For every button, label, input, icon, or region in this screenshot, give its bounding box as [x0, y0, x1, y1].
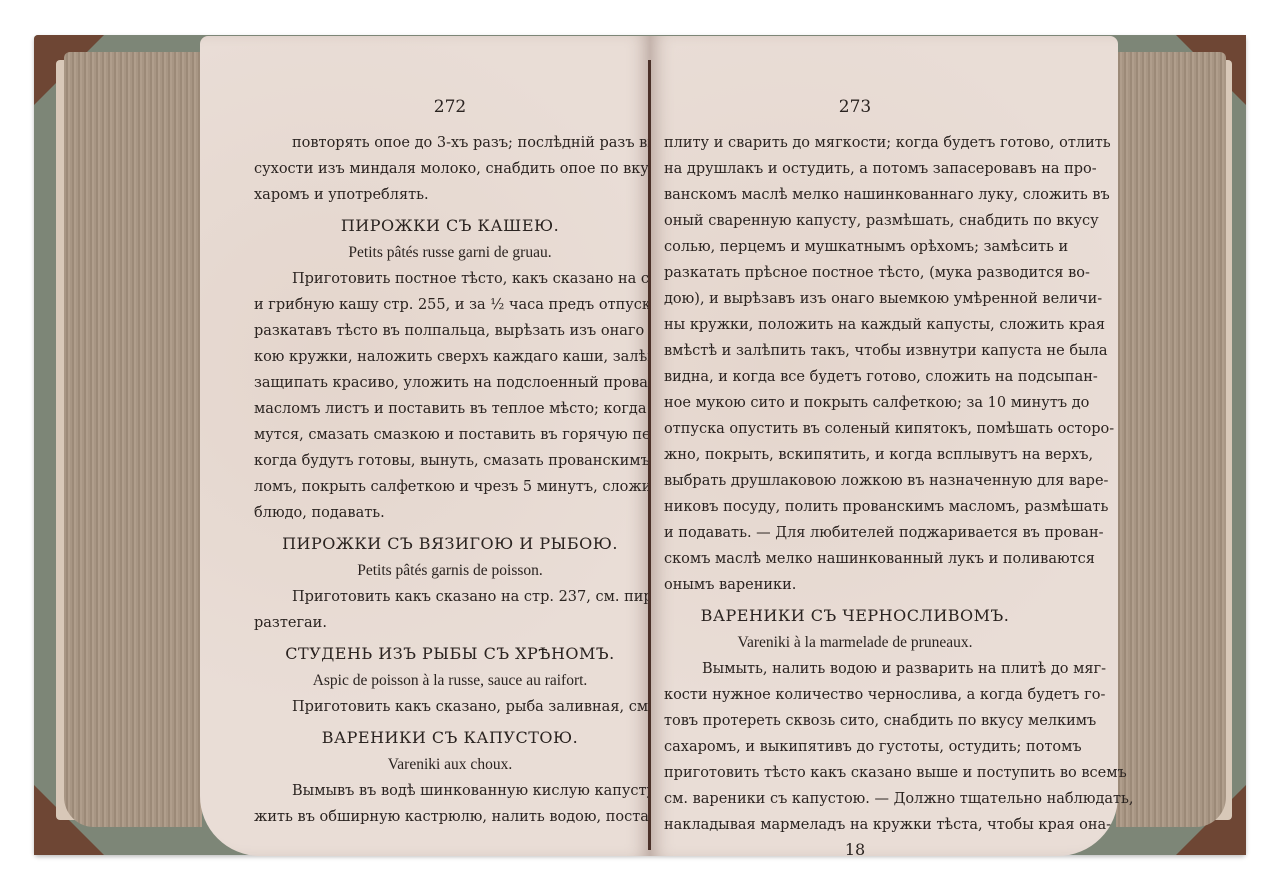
- text-line: мутся, смазать смазкою и поставить въ го…: [254, 422, 646, 448]
- recipe-heading: ПИРОЖКИ СЪ КАШЕЮ.: [254, 212, 646, 240]
- text-line: жно, покрыть, вскипятить, и когда всплыв…: [664, 442, 1046, 468]
- paragraph: плиту и сварить до мягкости; когда будет…: [664, 130, 1046, 598]
- text-line: харомъ и употреблять.: [254, 182, 646, 208]
- text-line: Приготовить постное тѣсто, какъ сказано …: [254, 266, 646, 292]
- text-line: кою кружки, наложить сверхъ каждаго каши…: [254, 344, 646, 370]
- text-line: ванскомъ маслѣ мелко нашинкованнаго луку…: [664, 182, 1046, 208]
- text-line: на друшлакъ и остудить, а потомъ запасер…: [664, 156, 1046, 182]
- paragraph: Приготовить постное тѣсто, какъ сказано …: [254, 266, 646, 526]
- text-line: вмѣстѣ и залѣпить такъ, чтобы извнутри к…: [664, 338, 1046, 364]
- page-block-left: [64, 52, 202, 827]
- recipe-heading: СТУДЕНЬ ИЗЪ РЫБЫ СЪ ХРѢНОМЪ.: [254, 640, 646, 668]
- right-page-text: 273 плиту и сварить до мягкости; когда б…: [664, 92, 1046, 862]
- page-number: 272: [254, 92, 646, 130]
- text-line: никовъ посуду, полить прованскимъ маслом…: [664, 494, 1046, 520]
- recipe-subtitle-french: Aspic de poisson à la russe, sauce au ra…: [254, 668, 646, 694]
- text-line: отпуска опустить въ соленый кипятокъ, по…: [664, 416, 1046, 442]
- text-line: см. вареники съ капустою. — Должно тщате…: [664, 786, 1046, 812]
- text-line: ломъ, покрыть салфеткою и чрезъ 5 минутъ…: [254, 474, 646, 500]
- text-line: товъ протереть сквозь сито, снабдить по …: [664, 708, 1046, 734]
- recipe-subtitle-french: Vareniki aux choux.: [254, 752, 646, 778]
- text-line: скомъ маслѣ мелко нашинкованный лукъ и п…: [664, 546, 1046, 572]
- text-line: масломъ листъ и поставить въ теплое мѣст…: [254, 396, 646, 422]
- recipe-subtitle-french: Petits pâtés russe garni de gruau.: [254, 240, 646, 266]
- text-line: и грибную кашу стр. 255, и за ½ часа пре…: [254, 292, 646, 318]
- page-block-right: [1116, 52, 1226, 827]
- recipe-heading: ВАРЕНИКИ СЪ ЧЕРНОСЛИВОМЪ.: [664, 602, 1046, 630]
- recipe-subtitle-french: Petits pâtés garnis de poisson.: [254, 558, 646, 584]
- left-page-text: 272 повторять опое до 3-хъ разъ; послѣдн…: [254, 92, 646, 830]
- recipe-heading: ВАРЕНИКИ СЪ КАПУСТОЮ.: [254, 724, 646, 752]
- text-line: Приготовить какъ сказано на стр. 237, см…: [254, 584, 646, 610]
- text-line: Вымыть, налить водою и разварить на плит…: [664, 656, 1046, 682]
- paragraph: Приготовить какъ сказано, рыба заливная,…: [254, 694, 646, 720]
- text-line: солью, перцемъ и мушкатнымъ орѣхомъ; зам…: [664, 234, 1046, 260]
- text-line: плиту и сварить до мягкости; когда будет…: [664, 130, 1046, 156]
- text-line: защипать красиво, уложить на подслоенный…: [254, 370, 646, 396]
- paragraph: повторять опое до 3-хъ разъ; послѣднiй р…: [254, 130, 646, 208]
- text-line: приготовить тѣсто какъ сказано выше и по…: [664, 760, 1046, 786]
- text-line: видна, и когда все будетъ готово, сложит…: [664, 364, 1046, 390]
- right-page: 273 плиту и сварить до мягкости; когда б…: [650, 36, 1118, 856]
- text-line: сухости изъ миндаля молоко, снабдить опо…: [254, 156, 646, 182]
- text-line: жить въ обширную кастрюлю, налить водою,…: [254, 804, 646, 830]
- text-line: Приготовить какъ сказано, рыба заливная,…: [254, 694, 646, 720]
- text-line: когда будутъ готовы, вынуть, смазать про…: [254, 448, 646, 474]
- text-line: Вымывъ въ водѣ шинкованную кислую капуст…: [254, 778, 646, 804]
- text-line: выбрать друшлаковою ложкою въ назначенну…: [664, 468, 1046, 494]
- text-line: ны кружки, положить на каждый капусты, с…: [664, 312, 1046, 338]
- text-line: разтегаи.: [254, 610, 646, 636]
- recipe-heading: ПИРОЖКИ СЪ ВЯЗИГОЮ И РЫБОЮ.: [254, 530, 646, 558]
- signature-mark: 18: [664, 838, 1046, 862]
- text-line: кости нужное количество чернослива, а ко…: [664, 682, 1046, 708]
- text-line: повторять опое до 3-хъ разъ; послѣднiй р…: [254, 130, 646, 156]
- text-line: онымъ вареники.: [664, 572, 1046, 598]
- left-page: 272 повторять опое до 3-хъ разъ; послѣдн…: [200, 36, 650, 856]
- paragraph: Приготовить какъ сказано на стр. 237, см…: [254, 584, 646, 636]
- text-line: и подавать. — Для любителей поджариваетс…: [664, 520, 1046, 546]
- text-line: разкатавъ тѣсто въ полпальца, вырѣзать и…: [254, 318, 646, 344]
- text-line: оный сваренную капусту, размѣшать, снабд…: [664, 208, 1046, 234]
- page-number: 273: [664, 92, 1046, 130]
- paragraph: Вымыть, налить водою и разварить на плит…: [664, 656, 1046, 838]
- paragraph: Вымывъ въ водѣ шинкованную кислую капуст…: [254, 778, 646, 830]
- text-line: разкатать прѣсное постное тѣсто, (мука р…: [664, 260, 1046, 286]
- text-line: ное мукою сито и покрыть салфеткою; за 1…: [664, 390, 1046, 416]
- text-line: накладывая мармеладъ на кружки тѣста, чт…: [664, 812, 1046, 838]
- text-line: сахаромъ, и выкипятивъ до густоты, остуд…: [664, 734, 1046, 760]
- book-gutter: [648, 60, 651, 850]
- recipe-subtitle-french: Vareniki à la marmelade de pruneaux.: [664, 630, 1046, 656]
- text-line: блюдо, подавать.: [254, 500, 646, 526]
- text-line: дою), и вырѣзавъ изъ онаго выемкою умѣре…: [664, 286, 1046, 312]
